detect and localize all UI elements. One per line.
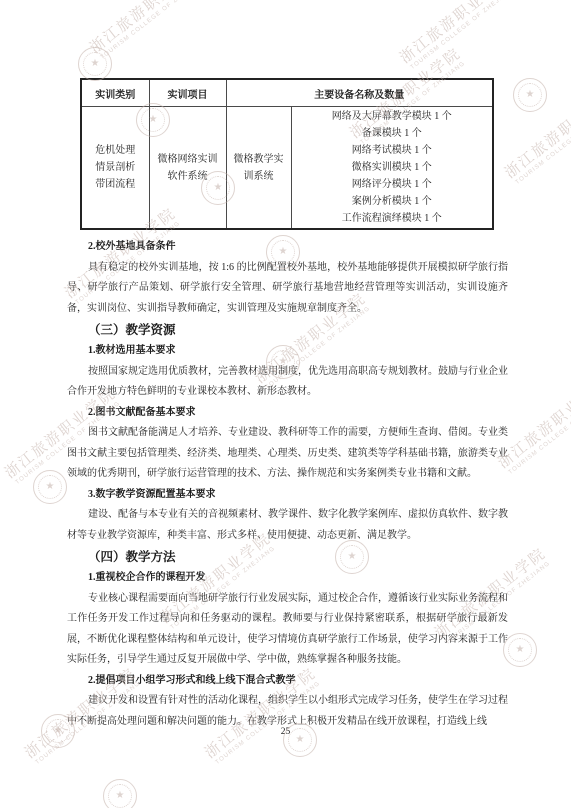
table-header-row: 实训类别 实训项目 主要设备名称及数量 bbox=[81, 79, 493, 107]
cell-equipment-list: 网络及大屏幕教学模块 1 个备课模块 1 个网络考试模块 1 个微格实训模块 1… bbox=[291, 107, 493, 230]
section-heading: （四）教学方法 bbox=[67, 546, 508, 568]
project-text: 微格网络实训软件系统 bbox=[156, 151, 220, 185]
paragraph: 专业核心课程需要面向当地研学旅行行业发展实际，通过校企合作，遵循该行业实际业务流… bbox=[67, 589, 508, 671]
sub-heading: 1.教材选用基本要求 bbox=[67, 341, 508, 362]
paragraph: 建设、配备与本专业有关的音视频素材、教学课件、数字化教学案例库、虚拟仿真软件、数… bbox=[67, 505, 508, 546]
cell-project: 微格网络实训软件系统 bbox=[149, 107, 226, 230]
equipment-item: 网络及大屏幕教学模块 1 个 bbox=[294, 108, 491, 125]
sub-heading: 1.重视校企合作的课程开发 bbox=[67, 568, 508, 589]
category-text: 危机处理情景剖析带团流程 bbox=[92, 142, 138, 193]
equipment-table: 实训类别 实训项目 主要设备名称及数量 危机处理情景剖析带团流程 微格网络实训软… bbox=[80, 78, 494, 230]
equipment-list: 网络及大屏幕教学模块 1 个备课模块 1 个网络考试模块 1 个微格实训模块 1… bbox=[294, 108, 491, 227]
equipment-item: 案例分析模块 1 个 bbox=[294, 193, 491, 210]
document-page: 实训类别 实训项目 主要设备名称及数量 危机处理情景剖析带团流程 微格网络实训软… bbox=[0, 0, 571, 808]
sub-heading: 2.校外基地具备条件 bbox=[67, 237, 508, 258]
sub-heading: 3.数字教学资源配置基本要求 bbox=[67, 485, 508, 506]
equipment-item: 微格实训模块 1 个 bbox=[294, 159, 491, 176]
paragraph: 建议开发和设置有针对性的活动化课程，组织学生以小组形式完成学习任务，使学生在学习… bbox=[67, 691, 508, 732]
equipment-item: 网络考试模块 1 个 bbox=[294, 142, 491, 159]
content-blocks: 2.校外基地具备条件具有稳定的校外实训基地，按 1:6 的比例配置校外基地，校外… bbox=[67, 237, 508, 732]
cell-system: 微格教学实训系统 bbox=[226, 107, 291, 230]
cell-category: 危机处理情景剖析带团流程 bbox=[81, 107, 149, 230]
equipment-item: 工作流程演绎模块 1 个 bbox=[294, 210, 491, 227]
equipment-item: 备课模块 1 个 bbox=[294, 125, 491, 142]
system-text: 微格教学实训系统 bbox=[232, 151, 286, 185]
table-header-project: 实训项目 bbox=[149, 79, 226, 107]
table-header-category: 实训类别 bbox=[81, 79, 149, 107]
table-header-equipment: 主要设备名称及数量 bbox=[226, 79, 493, 107]
equipment-item: 网络评分模块 1 个 bbox=[294, 176, 491, 193]
sub-heading: 2.图书文献配备基本要求 bbox=[67, 403, 508, 424]
section-heading: （三）教学资源 bbox=[67, 319, 508, 341]
paragraph: 具有稳定的校外实训基地，按 1:6 的比例配置校外基地，校外基地能够提供开展模拟… bbox=[67, 258, 508, 320]
table-row: 危机处理情景剖析带团流程 微格网络实训软件系统 微格教学实训系统 网络及大屏幕教… bbox=[81, 107, 493, 230]
paragraph: 图书文献配备能满足人才培养、专业建设、教科研等工作的需要，方便师生查询、借阅。专… bbox=[67, 423, 508, 485]
sub-heading: 2.提倡项目小组学习形式和线上线下混合式教学 bbox=[67, 671, 508, 692]
paragraph: 按照国家规定选用优质教材，完善教材选用制度，优先选用高职高专规划教材。鼓励与行业… bbox=[67, 362, 508, 403]
page-number: 25 bbox=[0, 727, 571, 737]
document-body: 实训类别 实训项目 主要设备名称及数量 危机处理情景剖析带团流程 微格网络实训软… bbox=[0, 0, 571, 808]
